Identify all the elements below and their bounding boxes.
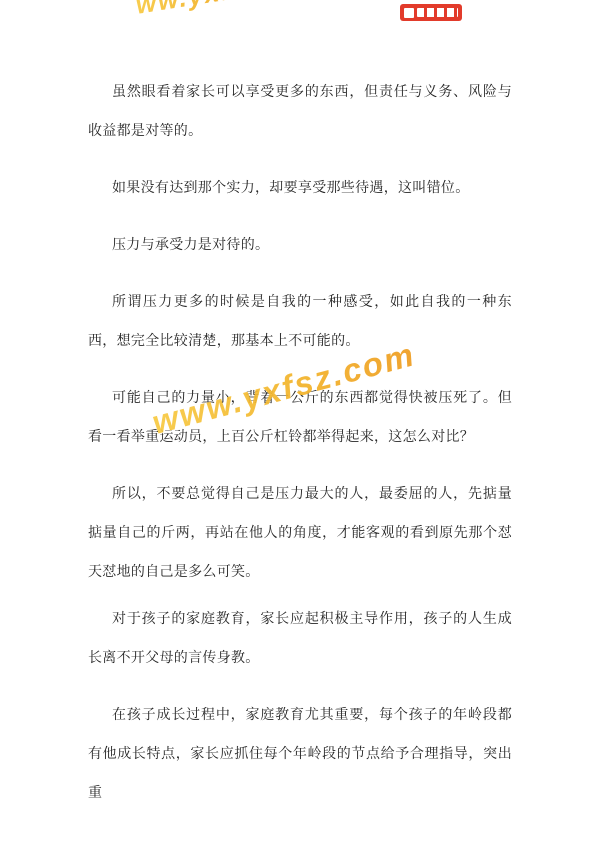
watermark-top-partial: ww.yxfsz — [134, 0, 265, 21]
paragraph: 对于孩子的家庭教育，家长应起积极主导作用，孩子的人生成长离不开父母的言传身教。 — [88, 600, 512, 678]
document-body: 虽然眼看着家长可以享受更多的东西，但责任与义务、风险与收益都是对等的。 如果没有… — [88, 73, 512, 831]
paragraph: 所谓压力更多的时候是自我的一种感受，如此自我的一种东西，想完全比较清楚，那基本上… — [88, 283, 512, 361]
document-page: ww.yxfsz 虽然眼看着家长可以享受更多的东西，但责任与义务、风险与收益都是… — [0, 0, 595, 841]
paragraph: 如果没有达到那个实力，却要享受那些待遇，这叫错位。 — [88, 169, 512, 208]
paragraph: 虽然眼看着家长可以享受更多的东西，但责任与义务、风险与收益都是对等的。 — [88, 73, 512, 151]
paragraph: 所以，不要总觉得自己是压力最大的人，最委屈的人，先掂量掂量自己的斤两，再站在他人… — [88, 475, 512, 592]
red-stamp-logo — [400, 4, 462, 21]
paragraph: 可能自己的力量小，背着一公斤的东西都觉得快被压死了。但看一看举重运动员，上百公斤… — [88, 379, 512, 457]
paragraph: 压力与承受力是对待的。 — [88, 226, 512, 265]
stamp-glyphs — [417, 8, 458, 17]
paragraph: 在孩子成长过程中，家庭教育尤其重要，每个孩子的年岭段都有他成长特点，家长应抓住每… — [88, 696, 512, 813]
stamp-logo-icon — [404, 8, 414, 18]
